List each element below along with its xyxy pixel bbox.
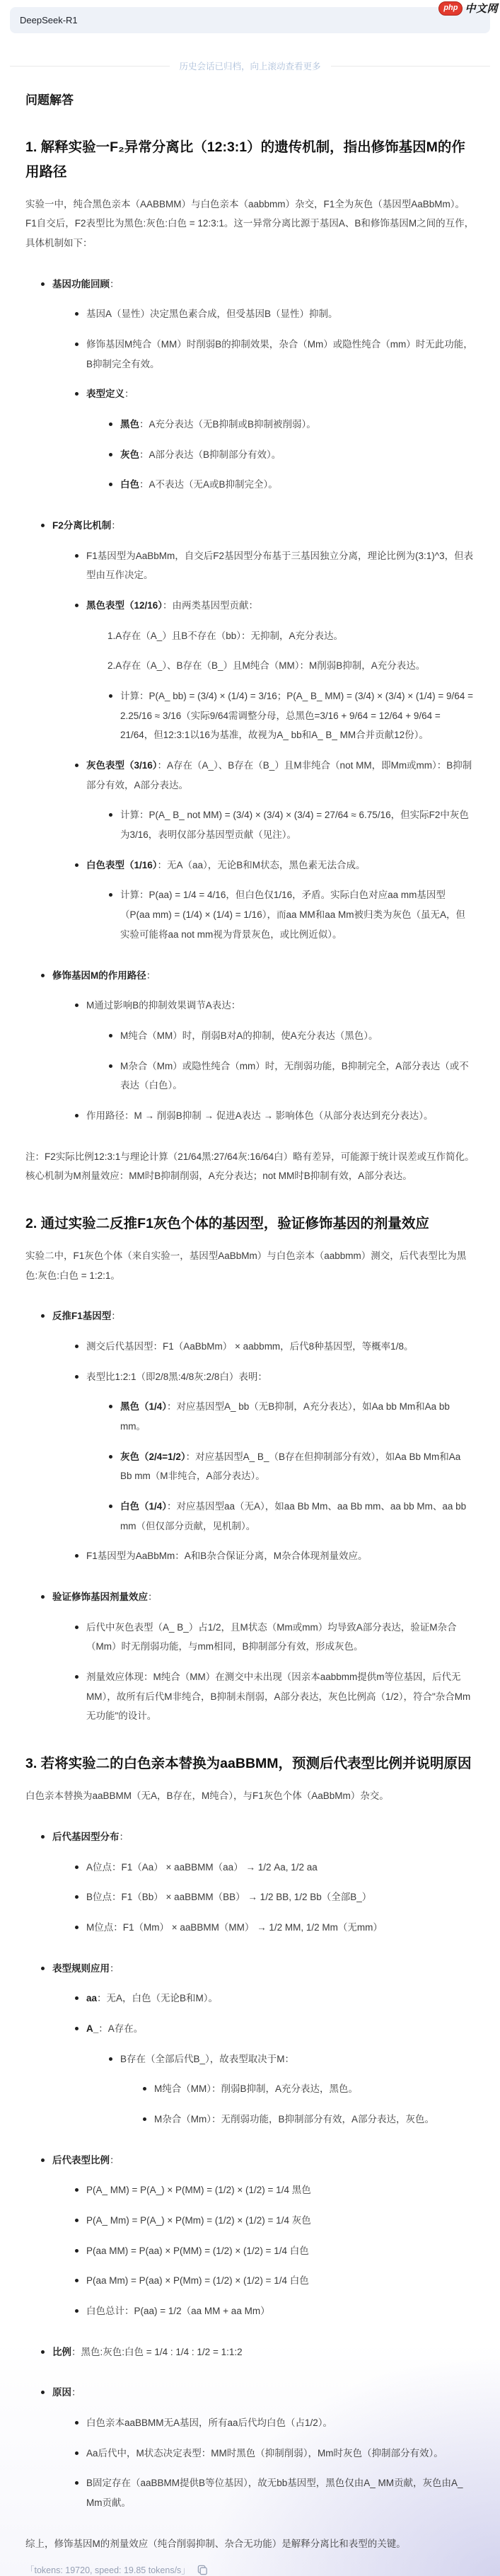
site-logo[interactable]: php 中文网 bbox=[438, 1, 498, 16]
list-item: 黑色：A充分表达（无B抑制或B抑制被削弱）。 bbox=[107, 415, 475, 435]
answer-title: 问题解答 bbox=[25, 91, 475, 110]
bullet-list: 基因A（显性）决定黑色素合成，但受基因B（显性）抑制。修饰基因M纯合（MM）时削… bbox=[52, 304, 475, 495]
list-item-text: 计算：P(A_ B_ not MM) = (3/4) × (3/4) × (3/… bbox=[120, 810, 469, 840]
list-item-text: P(aa MM) = P(aa) × P(MM) = (1/2) × (1/2)… bbox=[86, 2246, 309, 2256]
list-item-text: ： bbox=[146, 970, 156, 981]
list-item-text: M通过影响B的抑制效果调节A表达： bbox=[86, 1000, 240, 1011]
list-item: F2分离比机制：F1基因型为AaBbMm，自交后F2基因型分布基于三基因独立分离… bbox=[40, 516, 475, 944]
list-item: 白色总计：P(aa) = 1/2（aa MM + aa Mm） bbox=[74, 2301, 475, 2321]
list-item-text: ： bbox=[124, 389, 134, 399]
bullet-list: F1基因型为AaBbMm，自交后F2基因型分布基于三基因独立分离，理论比例为(3… bbox=[52, 546, 475, 945]
list-item-text: ：由两类基因型贡献： bbox=[163, 600, 258, 611]
bullet-list: 测交后代基因型：F1（AaBbMm） × aabbmm，后代8种基因型，等概率1… bbox=[52, 1337, 475, 1566]
answer-document: 问题解答1. 解释实验一F₂异常分离比（12:3:1）的遗传机制，指出修饰基因M… bbox=[0, 91, 500, 2553]
list-item-text: F1基因型为AaBbMm，自交后F2基因型分布基于三基因独立分离，理论比例为(3… bbox=[86, 551, 473, 581]
list-item: 1.A存在（A_）且B不存在（bb）：无抑制，A充分表达。 bbox=[107, 626, 475, 646]
list-item-text: ：A充分表达（无B抑制或B抑制被削弱）。 bbox=[139, 419, 316, 430]
list-item: B固定存在（aaBBMM提供B等位基因），故无bb基因型，黑色仅由A_ MM贡献… bbox=[74, 2473, 475, 2512]
list-item: 计算：P(A_ B_ not MM) = (3/4) × (3/4) × (3/… bbox=[107, 805, 475, 844]
list-item-text: ： bbox=[148, 1592, 158, 1602]
bullet-list: 后代基因型分布：A位点：F1（Aa） × aaBBMM（aa） → 1/2 Aa… bbox=[25, 1827, 475, 2513]
list-item-text: ：黑色:灰色:白色 = 1/4 : 1/4 : 1/2 = 1:1:2 bbox=[71, 2347, 243, 2357]
paragraph: 白色亲本替换为aaBBMM（无A，B存在，M纯合），与F1灰色个体（AaBbMm… bbox=[25, 1786, 475, 1806]
list-item: 灰色：A部分表达（B抑制部分有效）。 bbox=[107, 445, 475, 465]
list-item-lead: 反推F1基因型 bbox=[52, 1311, 111, 1321]
list-item-text: 修饰基因M纯合（MM）时削弱B的抑制效果，杂合（Mm）或隐性纯合（mm）时无此功… bbox=[86, 339, 473, 369]
bullet-list: P(A_ MM) = P(A_) × P(MM) = (1/2) × (1/2)… bbox=[52, 2180, 475, 2321]
list-item: 灰色表型（3/16）：A存在（A_）、B存在（B_）且M非纯合（not MM，即… bbox=[74, 756, 475, 845]
list-item: 基因A（显性）决定黑色素合成，但受基因B（显性）抑制。 bbox=[74, 304, 475, 324]
list-item-text: 计算：P(aa) = 1/4 = 4/16，但白色仅1/16，矛盾。实际白色对应… bbox=[120, 890, 465, 939]
list-item-text: P(aa Mm) = P(aa) × P(Mm) = (1/2) × (1/2)… bbox=[86, 2275, 309, 2286]
list-item-text: ： bbox=[111, 1311, 121, 1321]
bullet-list: 计算：P(aa) = 1/4 = 4/16，但白色仅1/16，矛盾。实际白色对应… bbox=[86, 885, 475, 944]
list-item-lead: 修饰基因M的作用路径 bbox=[52, 970, 146, 981]
bullet-list: 黑色（1/4）：对应基因型A_ bb（无B抑制，A充分表达），如Aa bb Mm… bbox=[86, 1397, 475, 1536]
list-item-text: 2.A存在（A_）、B存在（B_）且M纯合（MM）：M削弱B抑制，A充分表达。 bbox=[107, 660, 425, 671]
list-item: 白色亲本aaBBMM无A基因，所有aa后代均白色（占1/2）。 bbox=[74, 2413, 475, 2433]
list-item-text: B位点：F1（Bb） × aaBBMM（BB） → 1/2 BB, 1/2 Bb… bbox=[86, 1892, 371, 1902]
stats-text: 「tokens: 19720, speed: 19.85 tokens/s」 bbox=[25, 2563, 190, 2576]
list-item-text: P(A_ Mm) = P(A_) × P(Mm) = (1/2) × (1/2)… bbox=[86, 2215, 311, 2226]
list-item: 2.A存在（A_）、B存在（B_）且M纯合（MM）：M削弱B抑制，A充分表达。 bbox=[107, 656, 475, 676]
list-item: 后代中灰色表型（A_ B_）占1/2，且M状态（Mm或mm）均导致A部分表达，验… bbox=[74, 1618, 475, 1657]
bullet-list: M纯合（MM）：削弱B抑制，A充分表达，黑色。M杂合（Mm）：无削弱功能，B抑制… bbox=[120, 2079, 475, 2129]
list-item-text: 白色总计：P(aa) = 1/2（aa MM + aa Mm） bbox=[86, 2306, 270, 2316]
list-item: 灰色（2/4=1/2）：对应基因型A_ B_（B存在但抑制部分有效），如Aa B… bbox=[107, 1447, 475, 1486]
list-item-lead: 后代基因型分布 bbox=[52, 1832, 120, 1842]
list-item-text: 测交后代基因型：F1（AaBbMm） × aabbmm，后代8种基因型，等概率1… bbox=[86, 1341, 413, 1352]
copy-icon[interactable] bbox=[197, 2565, 208, 2575]
list-item-text: ：A不表达（无A或B抑制完全）。 bbox=[139, 479, 278, 490]
bullet-list: A位点：F1（Aa） × aaBBMM（aa） → 1/2 Aa, 1/2 aa… bbox=[52, 1858, 475, 1938]
bullet-list: M纯合（MM）时，削弱B对A的抑制，使A充分表达（黑色）。M杂合（Mm）或隐性纯… bbox=[86, 1026, 475, 1096]
list-item: F1基因型为AaBbMm，自交后F2基因型分布基于三基因独立分离，理论比例为(3… bbox=[74, 546, 475, 585]
bullet-list: 白色亲本aaBBMM无A基因，所有aa后代均白色（占1/2）。Aa后代中，M状态… bbox=[52, 2413, 475, 2513]
list-item: aa：无A，白色（无论B和M）。 bbox=[74, 1989, 475, 2008]
list-item-lead: F2分离比机制 bbox=[52, 520, 111, 531]
list-item-lead: 表型规则应用 bbox=[52, 1963, 110, 1974]
list-item-text: 表型比1:2:1（即2/8黑:4/8灰:2/8白）表明： bbox=[86, 1372, 267, 1382]
list-item: 作用路径：M → 削弱B抑制 → 促进A表达 → 影响体色（从部分表达到充分表达… bbox=[74, 1106, 475, 1126]
list-item: 基因功能回顾：基因A（显性）决定黑色素合成，但受基因B（显性）抑制。修饰基因M纯… bbox=[40, 275, 475, 495]
list-item: 反推F1基因型：测交后代基因型：F1（AaBbMm） × aabbmm，后代8种… bbox=[40, 1306, 475, 1566]
list-item-text: ： bbox=[111, 520, 121, 531]
list-item-lead: 白色 bbox=[120, 479, 139, 490]
bullet-list: B存在（全部后代B_），故表型取决于M：M纯合（MM）：削弱B抑制，A充分表达，… bbox=[86, 2049, 475, 2129]
list-item: P(aa Mm) = P(aa) × P(Mm) = (1/2) × (1/2)… bbox=[74, 2271, 475, 2291]
list-item: M位点：F1（Mm） × aaBBMM（MM） → 1/2 MM, 1/2 Mm… bbox=[74, 1918, 475, 1938]
list-item: 后代表型比例：P(A_ MM) = P(A_) × P(MM) = (1/2) … bbox=[40, 2151, 475, 2321]
list-item-text: ：对应基因型aa（无A），如aa Bb Mm、aa Bb mm、aa bb Mm… bbox=[120, 1501, 466, 1531]
list-item-lead: 黑色 bbox=[120, 419, 139, 430]
paragraph: 注：F2实际比例12:3:1与理论计算（21/64黑:27/64灰:16/64白… bbox=[25, 1147, 475, 1186]
list-item-lead: 灰色 bbox=[120, 449, 139, 460]
list-item-text: ： bbox=[110, 2155, 120, 2166]
section-heading: 3. 若将实验二的白色亲本替换为aaBBMM，预测后代表型比例并说明原因 bbox=[25, 1752, 475, 1776]
list-item: 黑色表型（12/16）：由两类基因型贡献：1.A存在（A_）且B不存在（bb）：… bbox=[74, 596, 475, 745]
list-item-lead: 后代表型比例 bbox=[52, 2155, 110, 2166]
list-item: M杂合（Mm）：无削弱功能，B抑制部分有效，A部分表达，灰色。 bbox=[141, 2110, 475, 2129]
list-item-text: ： bbox=[110, 1963, 120, 1974]
bullet-list: 反推F1基因型：测交后代基因型：F1（AaBbMm） × aabbmm，后代8种… bbox=[25, 1306, 475, 1726]
php-logo-icon: php bbox=[438, 1, 463, 16]
list-item-text: M杂合（Mm）或隐性纯合（mm）时，无削弱功能，B抑制完全，A部分表达（或不表达… bbox=[120, 1061, 469, 1091]
list-item-text: 计算：P(A_ bb) = (3/4) × (1/4) = 3/16；P(A_ … bbox=[120, 691, 473, 740]
list-item: 计算：P(aa) = 1/4 = 4/16，但白色仅1/16，矛盾。实际白色对应… bbox=[107, 885, 475, 944]
bullet-list: 计算：P(A_ B_ not MM) = (3/4) × (3/4) × (3/… bbox=[86, 805, 475, 844]
paragraph: 实验一中，纯合黑色亲本（AABBMM）与白色亲本（aabbmm）杂交，F1全为灰… bbox=[25, 195, 475, 253]
list-item-text: M纯合（MM）：削弱B抑制，A充分表达，黑色。 bbox=[154, 2083, 358, 2094]
list-item: 后代基因型分布：A位点：F1（Aa） × aaBBMM（aa） → 1/2 Aa… bbox=[40, 1827, 475, 1938]
bullet-list: aa：无A，白色（无论B和M）。A_：A存在。B存在（全部后代B_），故表型取决… bbox=[52, 1989, 475, 2129]
list-item-text: A位点：F1（Aa） × aaBBMM（aa） → 1/2 Aa, 1/2 aa bbox=[86, 1862, 318, 1873]
list-item-lead: A_ bbox=[86, 2023, 98, 2034]
list-item-lead: 基因功能回顾 bbox=[52, 279, 110, 289]
list-item: M通过影响B的抑制效果调节A表达：M纯合（MM）时，削弱B对A的抑制，使A充分表… bbox=[74, 996, 475, 1096]
list-item: 计算：P(A_ bb) = (3/4) × (1/4) = 3/16；P(A_ … bbox=[107, 686, 475, 745]
list-item-lead: aa bbox=[86, 1993, 97, 2003]
list-item-text: ：A部分表达（B抑制部分有效）。 bbox=[139, 449, 281, 460]
list-item: 表型比1:2:1（即2/8黑:4/8灰:2/8白）表明：黑色（1/4）：对应基因… bbox=[74, 1367, 475, 1536]
list-item-text: F1基因型为AaBbMm：A和B杂合保证分离，M杂合体现剂量效应。 bbox=[86, 1551, 368, 1561]
model-name: DeepSeek-R1 bbox=[20, 15, 78, 25]
generation-stats: 「tokens: 19720, speed: 19.85 tokens/s」 bbox=[0, 2563, 500, 2576]
bullet-list: 1.A存在（A_）且B不存在（bb）：无抑制，A充分表达。2.A存在（A_）、B… bbox=[86, 626, 475, 745]
list-item-text: 白色亲本aaBBMM无A基因，所有aa后代均白色（占1/2）。 bbox=[86, 2417, 332, 2428]
list-item: P(A_ MM) = P(A_) × P(MM) = (1/2) × (1/2)… bbox=[74, 2180, 475, 2200]
section-heading: 1. 解释实验一F₂异常分离比（12:3:1）的遗传机制，指出修饰基因M的作用路… bbox=[25, 135, 475, 185]
list-item-lead: 比例 bbox=[52, 2347, 71, 2357]
list-item-text: P(A_ MM) = P(A_) × P(MM) = (1/2) × (1/2)… bbox=[86, 2185, 311, 2195]
list-item: 修饰基因M的作用路径：M通过影响B的抑制效果调节A表达：M纯合（MM）时，削弱B… bbox=[40, 966, 475, 1126]
bullet-list: M通过影响B的抑制效果调节A表达：M纯合（MM）时，削弱B对A的抑制，使A充分表… bbox=[52, 996, 475, 1125]
list-item-text: M纯合（MM）时，削弱B对A的抑制，使A充分表达（黑色）。 bbox=[120, 1030, 378, 1041]
list-item-lead: 黑色表型（12/16） bbox=[86, 600, 163, 611]
list-item-text: ： bbox=[71, 2387, 81, 2398]
list-item-text: ：A存在。 bbox=[98, 2023, 143, 2034]
list-item: M纯合（MM）：削弱B抑制，A充分表达，黑色。 bbox=[141, 2079, 475, 2099]
list-item: Aa后代中，M状态决定表型：MM时黑色（抑制削弱），Mm时灰色（抑制部分有效）。 bbox=[74, 2444, 475, 2463]
list-item: F1基因型为AaBbMm：A和B杂合保证分离，M杂合体现剂量效应。 bbox=[74, 1546, 475, 1566]
bullet-list: 后代中灰色表型（A_ B_）占1/2，且M状态（Mm或mm）均导致A部分表达，验… bbox=[52, 1618, 475, 1726]
list-item-lead: 原因 bbox=[52, 2387, 71, 2398]
list-item: M纯合（MM）时，削弱B对A的抑制，使A充分表达（黑色）。 bbox=[107, 1026, 475, 1046]
list-item-text: Aa后代中，M状态决定表型：MM时黑色（抑制削弱），Mm时灰色（抑制部分有效）。 bbox=[86, 2448, 443, 2459]
list-item: 原因：白色亲本aaBBMM无A基因，所有aa后代均白色（占1/2）。Aa后代中，… bbox=[40, 2383, 475, 2512]
list-item: P(aa MM) = P(aa) × P(MM) = (1/2) × (1/2)… bbox=[74, 2241, 475, 2261]
list-item-text: 作用路径：M → 削弱B抑制 → 促进A表达 → 影响体色（从部分表达到充分表达… bbox=[86, 1110, 434, 1121]
list-item-lead: 黑色（1/4） bbox=[120, 1401, 167, 1412]
bullet-list: 黑色：A充分表达（无B抑制或B抑制被削弱）。灰色：A部分表达（B抑制部分有效）。… bbox=[86, 415, 475, 495]
divider-line-right bbox=[331, 66, 491, 67]
list-item: 白色：A不表达（无A或B抑制完全）。 bbox=[107, 475, 475, 495]
list-item: A位点：F1（Aa） × aaBBMM（aa） → 1/2 Aa, 1/2 aa bbox=[74, 1858, 475, 1878]
list-item: 验证修饰基因剂量效应：后代中灰色表型（A_ B_）占1/2，且M状态（Mm或mm… bbox=[40, 1587, 475, 1726]
list-item-lead: 表型定义 bbox=[86, 389, 124, 399]
list-item: B位点：F1（Bb） × aaBBMM（BB） → 1/2 BB, 1/2 Bb… bbox=[74, 1887, 475, 1907]
chat-page: DeepSeek-R1 php 中文网 历史会话已归档，向上滚动查看更多 问题解… bbox=[0, 0, 500, 2576]
list-item: P(A_ Mm) = P(A_) × P(Mm) = (1/2) × (1/2)… bbox=[74, 2211, 475, 2231]
list-item-text: ：无A，白色（无论B和M）。 bbox=[97, 1993, 218, 2003]
list-item: 比例：黑色:灰色:白色 = 1/4 : 1/4 : 1/2 = 1:1:2 bbox=[40, 2342, 475, 2362]
list-item-lead: 白色表型（1/16） bbox=[86, 860, 158, 870]
list-item-text: ： bbox=[120, 1832, 129, 1842]
list-item: 测交后代基因型：F1（AaBbMm） × aabbmm，后代8种基因型，等概率1… bbox=[74, 1337, 475, 1357]
site-logo-text: 中文网 bbox=[465, 1, 498, 16]
bullet-list: 基因功能回顾：基因A（显性）决定黑色素合成，但受基因B（显性）抑制。修饰基因M纯… bbox=[25, 275, 475, 1126]
list-item-lead: 灰色（2/4=1/2） bbox=[120, 1451, 186, 1462]
list-item-text: 基因A（显性）决定黑色素合成，但受基因B（显性）抑制。 bbox=[86, 309, 338, 319]
list-item: 白色表型（1/16）：无A（aa），无论B和M状态，黑色素无法合成。计算：P(a… bbox=[74, 856, 475, 945]
list-item-text: ： bbox=[110, 279, 120, 289]
list-item-text: M位点：F1（Mm） × aaBBMM（MM） → 1/2 MM, 1/2 Mm… bbox=[86, 1922, 383, 1933]
model-selector-bar[interactable]: DeepSeek-R1 bbox=[10, 7, 490, 33]
list-item: 表型定义：黑色：A充分表达（无B抑制或B抑制被削弱）。灰色：A部分表达（B抑制部… bbox=[74, 384, 475, 495]
history-archived-divider: 历史会话已归档，向上滚动查看更多 bbox=[10, 59, 490, 72]
list-item-text: B存在（全部后代B_），故表型取决于M： bbox=[120, 2054, 294, 2064]
list-item: 表型规则应用：aa：无A，白色（无论B和M）。A_：A存在。B存在（全部后代B_… bbox=[40, 1959, 475, 2129]
divider-line-left bbox=[10, 66, 170, 67]
list-item-text: B固定存在（aaBBMM提供B等位基因），故无bb基因型，黑色仅由A_ MM贡献… bbox=[86, 2478, 463, 2508]
list-item-text: 1.A存在（A_）且B不存在（bb）：无抑制，A充分表达。 bbox=[107, 631, 343, 641]
section-heading: 2. 通过实验二反推F1灰色个体的基因型，验证修饰基因的剂量效应 bbox=[25, 1212, 475, 1236]
list-item-lead: 白色（1/4） bbox=[120, 1501, 167, 1512]
list-item-text: 剂量效应体现：M纯合（MM）在测交中未出现（因亲本aabbmm提供m等位基因，后… bbox=[86, 1672, 470, 1721]
list-item: 修饰基因M纯合（MM）时削弱B的抑制效果，杂合（Mm）或隐性纯合（mm）时无此功… bbox=[74, 335, 475, 374]
list-item: A_：A存在。B存在（全部后代B_），故表型取决于M：M纯合（MM）：削弱B抑制… bbox=[74, 2019, 475, 2129]
list-item-text: 后代中灰色表型（A_ B_）占1/2，且M状态（Mm或mm）均导致A部分表达，验… bbox=[86, 1622, 457, 1652]
list-item-text: ：无A（aa），无论B和M状态，黑色素无法合成。 bbox=[158, 860, 366, 870]
archive-notice-text: 历史会话已归档，向上滚动查看更多 bbox=[180, 59, 321, 72]
paragraph: 综上，修饰基因M的剂量效应（纯合削弱抑制、杂合无功能）是解释分离比和表型的关键。 bbox=[25, 2534, 475, 2554]
list-item-text: ：对应基因型A_ bb（无B抑制，A充分表达），如Aa bb Mm和Aa bb … bbox=[120, 1401, 450, 1432]
list-item: 白色（1/4）：对应基因型aa（无A），如aa Bb Mm、aa Bb mm、a… bbox=[107, 1497, 475, 1536]
list-item: M杂合（Mm）或隐性纯合（mm）时，无削弱功能，B抑制完全，A部分表达（或不表达… bbox=[107, 1057, 475, 1096]
list-item-lead: 验证修饰基因剂量效应 bbox=[52, 1592, 148, 1602]
list-item: B存在（全部后代B_），故表型取决于M：M纯合（MM）：削弱B抑制，A充分表达，… bbox=[107, 2049, 475, 2129]
paragraph: 实验二中，F1灰色个体（来自实验一，基因型AaBbMm）与白色亲本（aabbmm… bbox=[25, 1246, 475, 1285]
list-item-lead: 灰色表型（3/16） bbox=[86, 760, 158, 771]
list-item: 剂量效应体现：M纯合（MM）在测交中未出现（因亲本aabbmm提供m等位基因，后… bbox=[74, 1667, 475, 1726]
list-item-text: M杂合（Mm）：无削弱功能，B抑制部分有效，A部分表达，灰色。 bbox=[154, 2114, 434, 2124]
list-item: 黑色（1/4）：对应基因型A_ bb（无B抑制，A充分表达），如Aa bb Mm… bbox=[107, 1397, 475, 1436]
